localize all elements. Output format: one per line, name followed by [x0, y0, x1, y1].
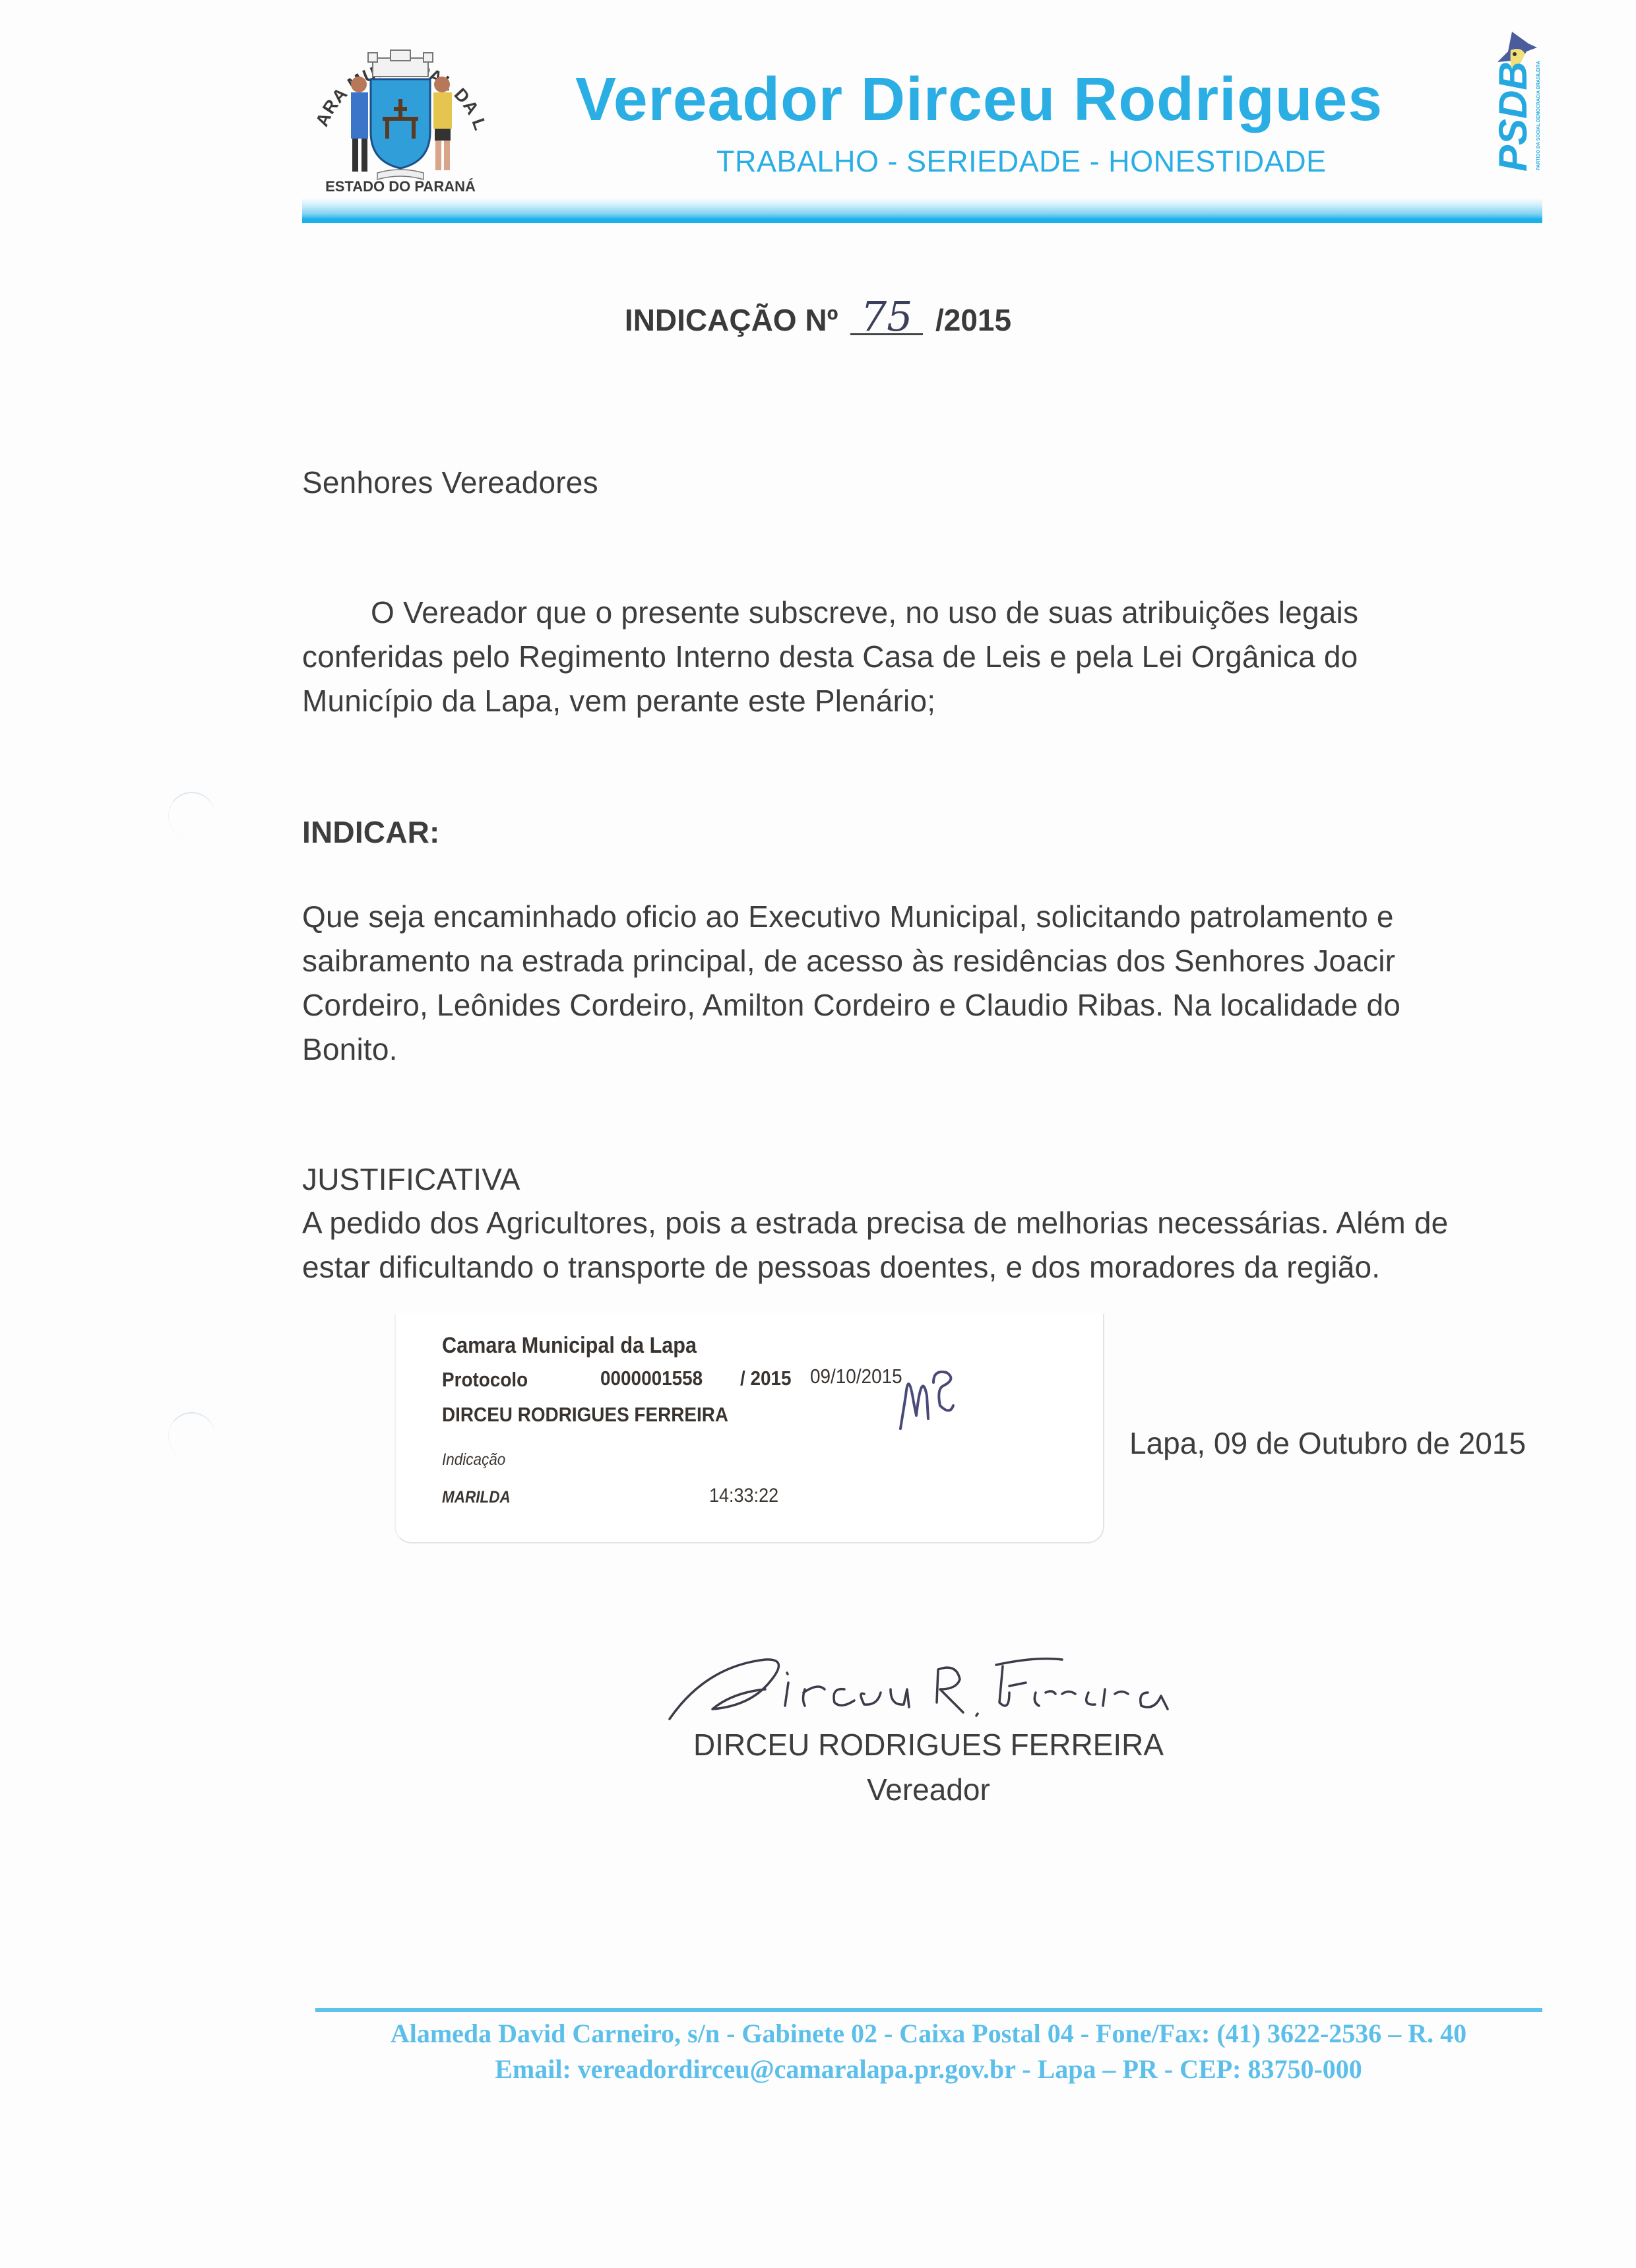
- date-line: Lapa, 09 de Outubro de 2015: [1129, 1425, 1526, 1461]
- justificativa-line-1: A pedido dos Agricultores, pois a estrad…: [302, 1208, 1448, 1238]
- intro-line-1: O Vereador que o presente subscreve, no …: [371, 597, 1358, 628]
- title-suffix: /2015: [935, 303, 1011, 337]
- header-divider-band: [302, 198, 1542, 223]
- footer-address: Alameda David Carneiro, s/n - Gabinete 0…: [0, 2021, 1636, 2047]
- indicar-line-4: Bonito.: [302, 1034, 398, 1064]
- indicar-line-2: saibramento na estrada principal, de ace…: [302, 946, 1395, 976]
- punch-hole-mark: [168, 792, 215, 839]
- header-title: Vereador Dirceu Rodrigues: [575, 69, 1383, 130]
- camara-municipal-crest-logo: CÂMARA MUNICIPAL DA LAPA ESTADO DO PARAN…: [298, 26, 503, 195]
- intro-line-2: conferidas pelo Regimento Interno desta …: [302, 641, 1358, 672]
- stamp-type: Indicação: [442, 1452, 505, 1468]
- document-title: INDICAÇÃO Nº 75 /2015: [0, 300, 1636, 340]
- stamp-time: 14:33:22: [709, 1486, 778, 1506]
- salutation: Senhores Vereadores: [302, 467, 598, 498]
- psdb-party-logo: PSDB PARTIDO DA SOCIAL DEMOCRACIA BRASIL…: [1492, 32, 1545, 177]
- psdb-subtitle: PARTIDO DA SOCIAL DEMOCRACIA BRASILEIRA: [1536, 61, 1541, 170]
- indicar-line-1: Que seja encaminhado oficio ao Executivo…: [302, 901, 1394, 932]
- header-tagline: TRABALHO - SERIEDADE - HONESTIDADE: [716, 146, 1327, 176]
- handwritten-initials: [887, 1356, 980, 1435]
- crest-bottom-text: ESTADO DO PARANÁ: [325, 178, 476, 195]
- stamp-clerk: MARILDA: [442, 1489, 511, 1506]
- stamp-protocol-label: Protocolo: [442, 1369, 528, 1390]
- justificativa-line-2: estar dificultando o transporte de pesso…: [302, 1252, 1380, 1282]
- stamp-author: DIRCEU RODRIGUES FERREIRA: [442, 1404, 728, 1425]
- indicar-heading: INDICAR:: [302, 817, 440, 847]
- footer-contact: Email: vereadordirceu@camaralapa.pr.gov.…: [0, 2056, 1636, 2083]
- signer-role: Vereador: [0, 1772, 1636, 1807]
- intro-line-3: Município da Lapa, vem perante este Plen…: [302, 686, 935, 716]
- stamp-protocol-year: / 2015: [740, 1368, 792, 1388]
- indicar-line-3: Cordeiro, Leônides Cordeiro, Amilton Cor…: [302, 990, 1400, 1020]
- signer-name: DIRCEU RODRIGUES FERREIRA: [0, 1727, 1636, 1763]
- stamp-institution: Camara Municipal da Lapa: [442, 1334, 697, 1357]
- handwritten-number: 75: [850, 300, 923, 335]
- justificativa-heading: JUSTIFICATIVA: [302, 1164, 520, 1194]
- title-prefix: INDICAÇÃO Nº: [625, 303, 838, 337]
- stamp-protocol-number: 0000001558: [600, 1368, 703, 1388]
- psdb-wordmark: PSDB: [1492, 61, 1535, 172]
- footer-divider: [315, 2008, 1542, 2012]
- handwritten-signature: [666, 1653, 1187, 1726]
- punch-hole-mark: [168, 1412, 215, 1460]
